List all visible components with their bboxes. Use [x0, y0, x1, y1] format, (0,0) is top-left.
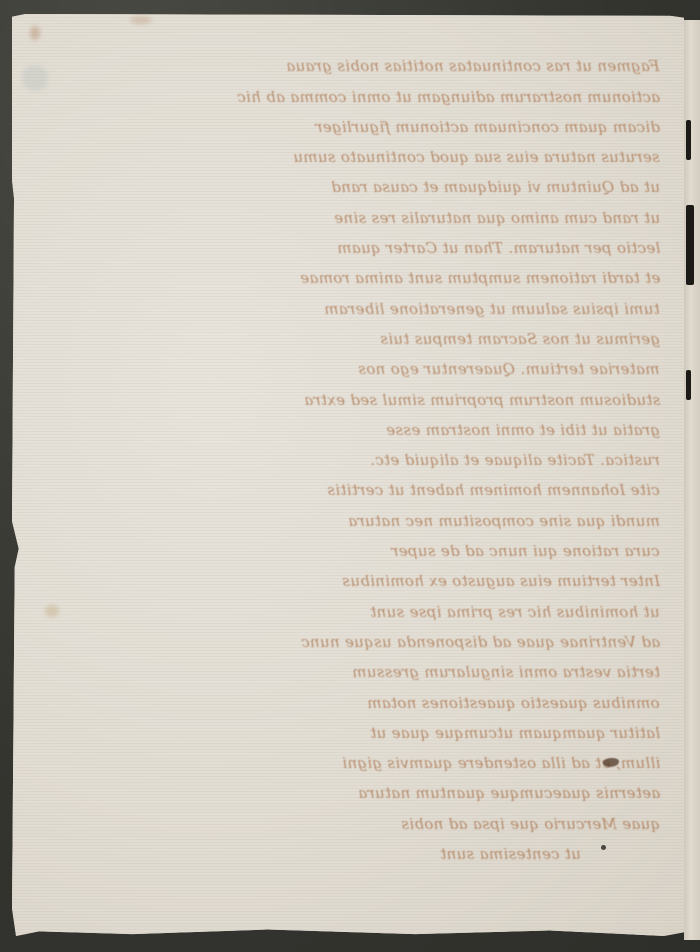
ms-line: ad Ventrinae quae ad disponenda usque nu…	[270, 624, 660, 654]
ms-line: et tardi rationem sumptum sunt anima rom…	[270, 260, 660, 290]
ms-line: dicam quam concinuam actionum figurliger	[270, 109, 660, 139]
water-stain	[22, 65, 48, 91]
ms-line: lectio per naturam. Than ut Carter quam	[270, 230, 660, 260]
foxing-stain	[30, 26, 40, 40]
foxing-stain	[45, 605, 59, 617]
ms-line: tumi ipsius saluum ut generatione libera…	[270, 290, 660, 320]
ms-line: latitur quamquam utcumque quae ut	[270, 715, 660, 745]
ms-line: aeternis quaecumque quantum natura	[270, 775, 660, 805]
ms-line: omnibus quaestio quaestiones notam	[270, 684, 660, 714]
ms-line: ut rand cum animo qua naturalis res sine	[270, 199, 660, 229]
binding-shadow	[686, 120, 691, 160]
ms-line: materiae tertium. Quaerentur ego nos	[270, 351, 660, 381]
ms-line: cura ratione qui nunc ad de super	[270, 533, 660, 563]
ms-line: Inter tertium eius augusto ex hominibus	[270, 563, 660, 593]
ms-line: cite Iohannem hominem habent ut certitis	[270, 472, 660, 502]
foxing-stain	[130, 16, 152, 24]
ms-line: studiosum nostrum proprium simul sed ext…	[270, 381, 660, 411]
mirrored-handwriting-block: Fagmen ut ras continuatas notitias nobis…	[270, 48, 660, 866]
binding-shadow	[686, 205, 694, 285]
ms-line: gratia ut tibi et omni nostram esse	[270, 412, 660, 442]
ms-line: serutus natura eius sua quod continuato …	[270, 139, 660, 169]
ms-line: illum, et ad illa ostendere quamvis gign…	[270, 745, 660, 775]
ms-line: mundi qua sine compositum nec natura	[270, 502, 660, 532]
ms-line: ut ad Quintum vi quidquam et causa rand	[270, 169, 660, 199]
ink-dot	[601, 845, 606, 850]
binding-shadow	[686, 370, 691, 400]
ms-line: Fagmen ut ras continuatas notitias nobis…	[270, 48, 660, 78]
ms-line: ut hominibus hic res prima ipse sunt	[270, 593, 660, 623]
ms-line: rustica. Tacite aliquae et aliquid etc.	[270, 442, 660, 472]
ms-line: tertia vestra omni singularum gressum	[270, 654, 660, 684]
ms-line: gerimus ut nos Sacram tempus tuis	[270, 321, 660, 351]
ms-line: quae Mercurio que ipsa ad nobis	[270, 805, 660, 835]
ms-line: actionum nostrarum adiungam ut omni comm…	[270, 78, 660, 108]
ms-line: ut centesima sunt	[270, 836, 660, 866]
